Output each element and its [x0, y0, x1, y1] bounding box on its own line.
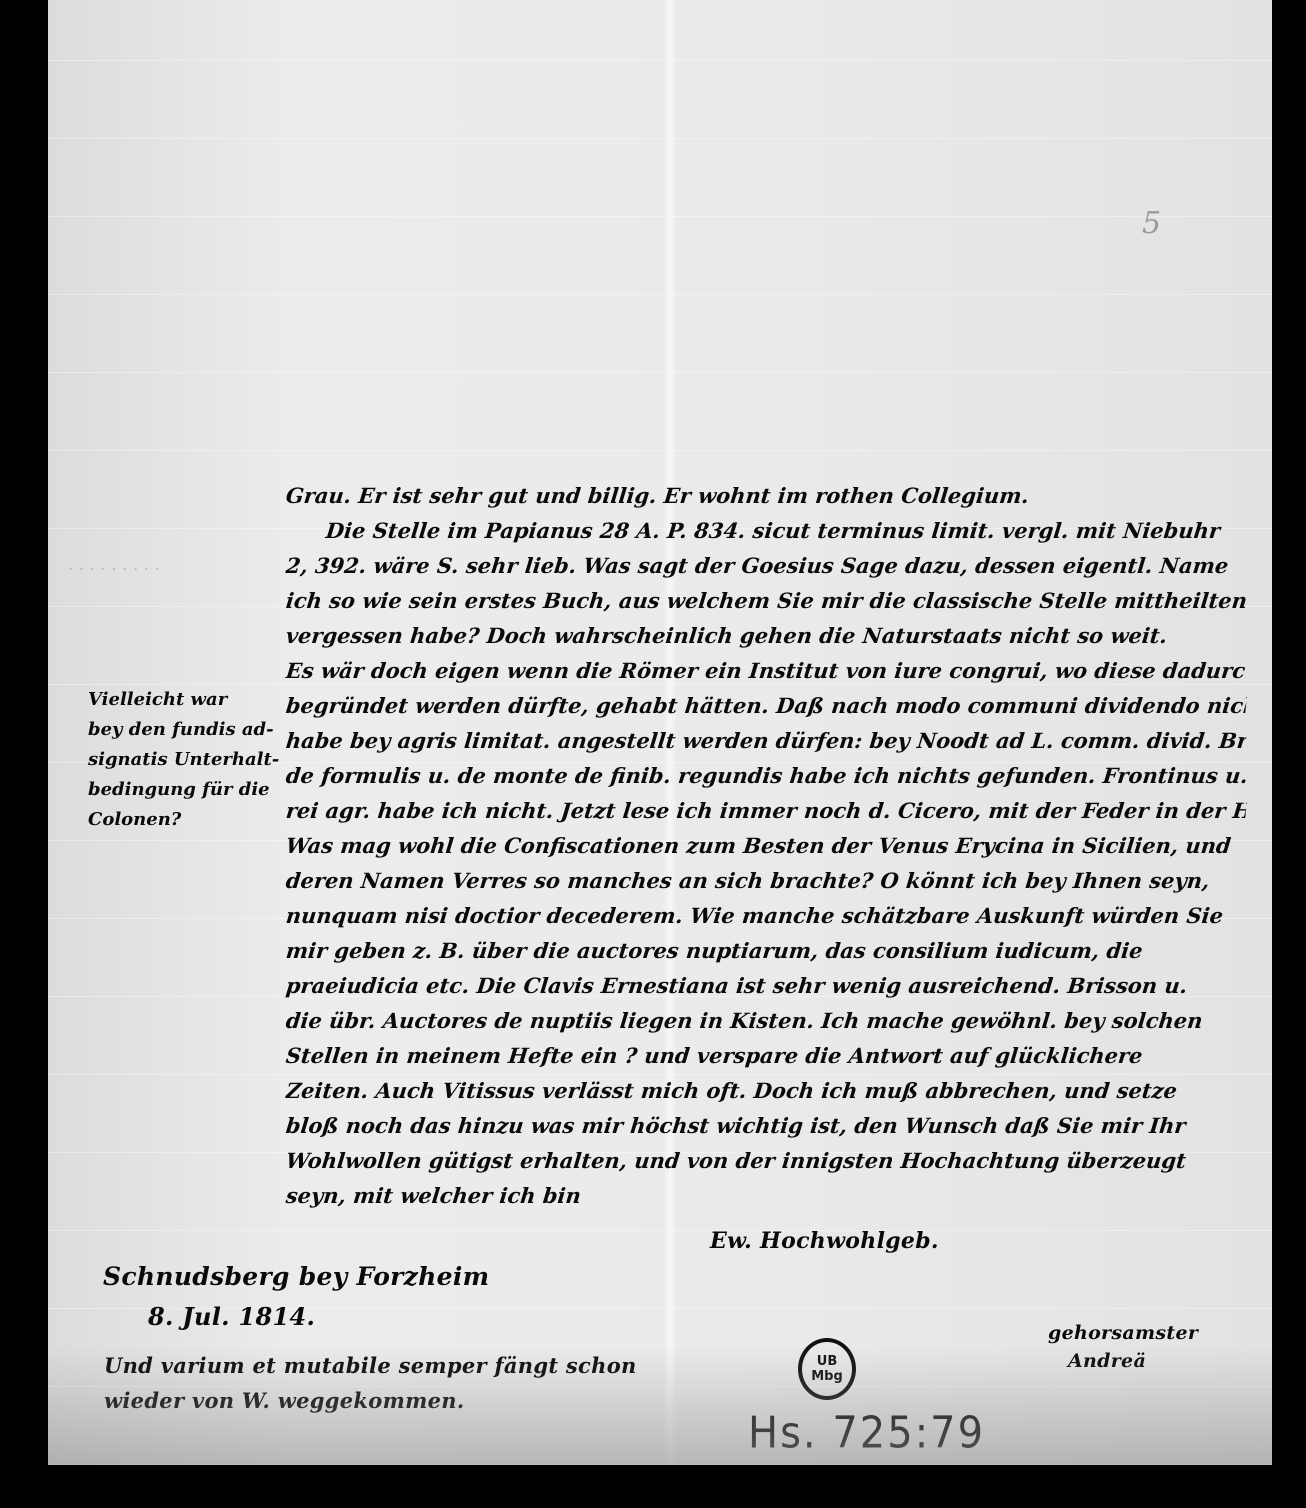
body-line: rei agr. habe ich nicht. Jetzt lese ich …: [284, 793, 1248, 828]
library-stamp: UB Mbg: [798, 1338, 856, 1400]
body-line: bloß noch das hinzu was mir höchst wicht…: [284, 1108, 1248, 1143]
body-line: deren Namen Verres so manches an sich br…: [284, 863, 1248, 898]
closing-salutation: Ew. Hochwohlgeb.: [710, 1228, 939, 1254]
margin-note-line: bey den fundis ad-: [88, 715, 288, 745]
body-line: Es wär doch eigen wenn die Römer ein Ins…: [284, 653, 1248, 688]
postscript-line: Und varium et mutabile semper fängt scho…: [104, 1353, 637, 1378]
body-line: Was mag wohl die Confiscationen zum Best…: [284, 828, 1248, 863]
body-line: 2, 392. wäre S. sehr lieb. Was sagt der …: [284, 548, 1248, 583]
body-line: nunquam nisi doctior decederem. Wie manc…: [284, 898, 1248, 933]
letter-page: · · · · · · · · · 5 Grau. Er ist sehr gu…: [48, 0, 1272, 1465]
body-line: Wohlwollen gütigst erhalten, und von der…: [284, 1143, 1248, 1178]
body-line: Grau. Er ist sehr gut und billig. Er woh…: [284, 478, 1248, 513]
margin-note-line: bedingung für die: [88, 775, 288, 805]
margin-note-line: signatis Unterhalt-: [88, 745, 288, 775]
place-line: Schnudsberg bey Forzheim: [103, 1262, 489, 1291]
body-line: Zeiten. Auch Vitissus verlässt mich oft.…: [284, 1073, 1248, 1108]
margin-note-line: Vielleicht war: [88, 685, 288, 715]
signature-name: Andreä: [1068, 1350, 1146, 1372]
body-line: mir geben z. B. über die auctores nuptia…: [284, 933, 1248, 968]
postscript-line: wieder von W. weggekommen.: [104, 1388, 464, 1413]
body-line: ich so wie sein erstes Buch, aus welchem…: [284, 583, 1248, 618]
shelfmark: Hs. 725:79: [748, 1408, 985, 1459]
body-line: habe bey agris limitat. angestellt werde…: [284, 723, 1248, 758]
bleed-through-text: · · · · · · · · ·: [68, 560, 160, 580]
body-line: die übr. Auctores de nuptiis liegen in K…: [284, 1003, 1248, 1038]
margin-note: Vielleicht war bey den fundis ad- signat…: [88, 685, 288, 835]
body-line: seyn, mit welcher ich bin: [284, 1178, 1248, 1213]
signature-closing: gehorsamster: [1048, 1322, 1198, 1344]
body-line: begründet werden dürfte, gehabt hätten. …: [284, 688, 1248, 723]
body-line: praeiudicia etc. Die Clavis Ernestiana i…: [284, 968, 1248, 1003]
body-line: de formulis u. de monte de finib. regund…: [284, 758, 1248, 793]
body-line: Die Stelle im Papianus 28 A. P. 834. sic…: [284, 513, 1248, 548]
page-number: 5: [1142, 206, 1161, 241]
date-line: 8. Jul. 1814.: [148, 1302, 315, 1331]
stamp-line: Mbg: [811, 1369, 843, 1384]
body-line: Stellen in meinem Hefte ein ? und verspa…: [284, 1038, 1248, 1073]
letter-body: Grau. Er ist sehr gut und billig. Er woh…: [286, 478, 1246, 1213]
stamp-line: UB: [817, 1354, 837, 1369]
body-line: vergessen habe? Doch wahrscheinlich gehe…: [284, 618, 1248, 653]
margin-note-line: Colonen?: [88, 805, 288, 835]
